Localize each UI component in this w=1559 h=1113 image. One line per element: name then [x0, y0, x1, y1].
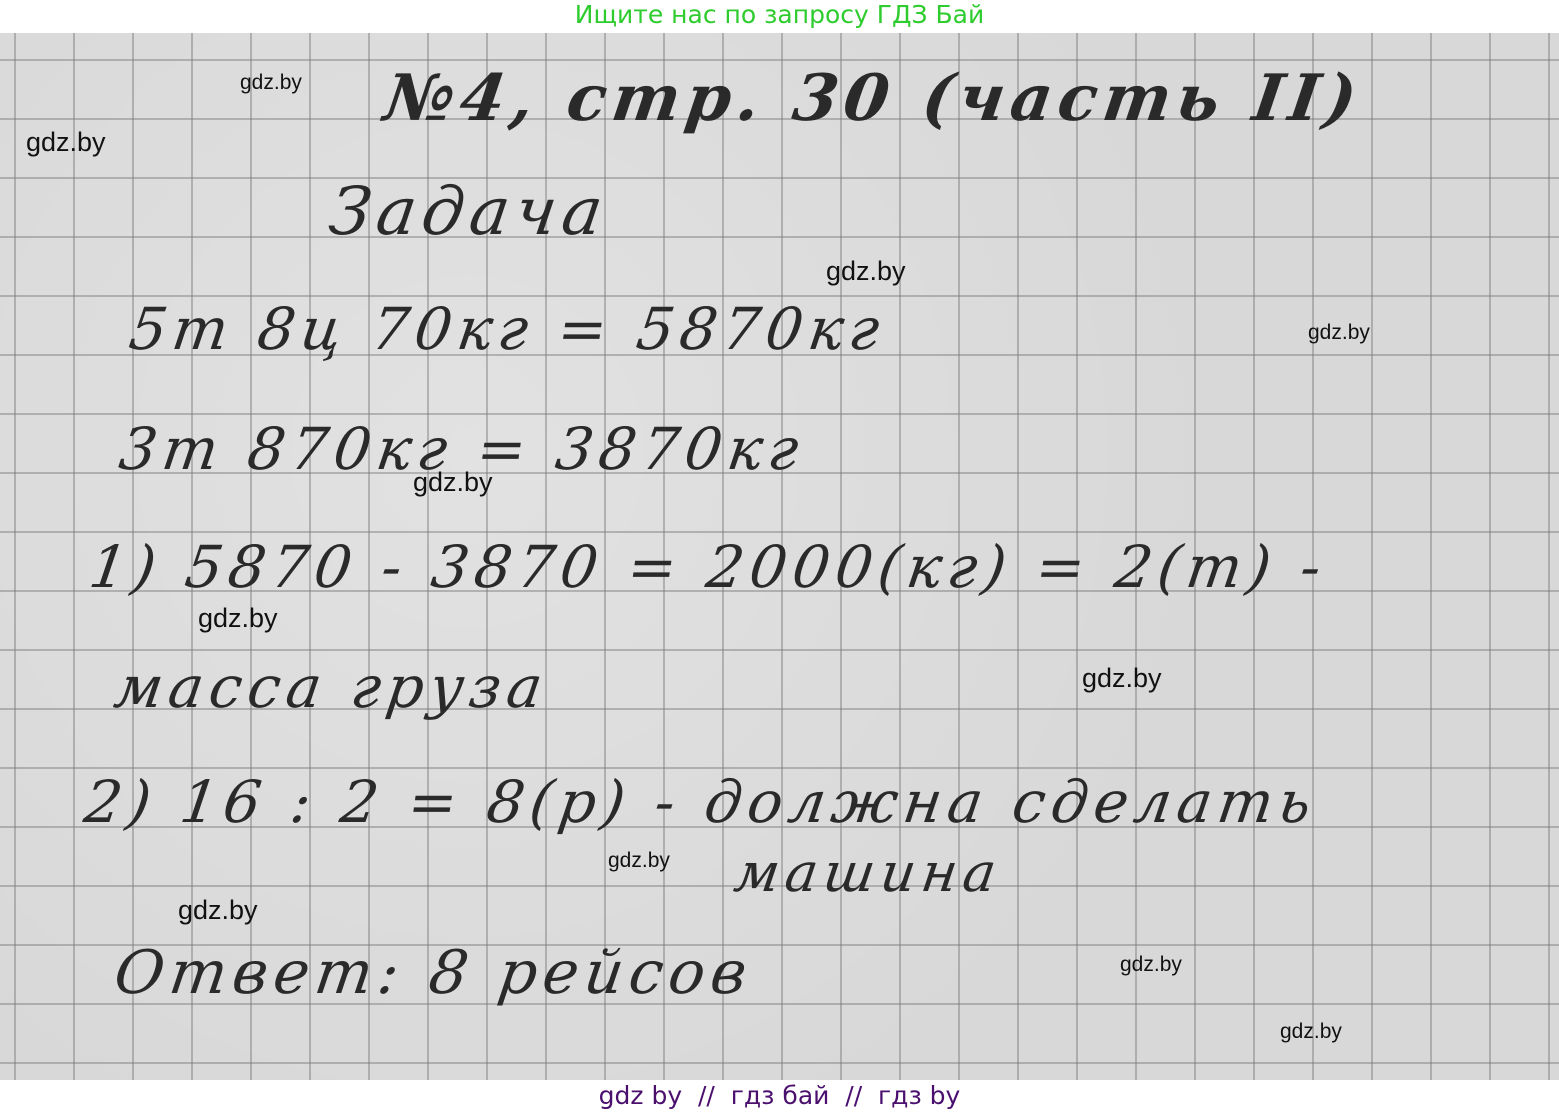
watermark: gdz.by	[198, 603, 278, 634]
solution-line-1: 5т 8ц 70кг = 5870кг	[125, 295, 889, 363]
notebook-page-photo: №4, стр. 30 (часть II) Задача 5т 8ц 70кг…	[0, 33, 1559, 1080]
watermark: gdz.by	[1120, 953, 1182, 977]
watermark: gdz.by	[178, 895, 258, 926]
watermark: gdz.by	[1308, 321, 1370, 345]
solution-line-5: 2) 16 : 2 = 8(р) - должна сделать	[80, 768, 1321, 836]
solution-line-6: машина	[731, 841, 1007, 904]
watermark: gdz.by	[26, 127, 106, 158]
watermark: gdz.by	[1280, 1020, 1342, 1044]
solution-line-3: 1) 5870 - 3870 = 2000(кг) = 2(т) -	[85, 533, 1331, 601]
watermark: gdz.by	[1082, 663, 1162, 694]
watermark: gdz.by	[240, 71, 302, 95]
task-heading: №4, стр. 30 (часть II)	[380, 61, 1367, 136]
task-subheading: Задача	[325, 173, 614, 250]
top-banner: Ищите нас по запросу ГДЗ Бай	[0, 0, 1559, 33]
solution-line-4: масса груза	[110, 653, 553, 721]
watermark: gdz.by	[413, 467, 493, 498]
answer-line: Ответ: 8 рейсов	[110, 938, 757, 1008]
bottom-banner: gdz by // гдз бай // гдз by	[0, 1080, 1559, 1113]
watermark: gdz.by	[826, 256, 906, 287]
watermark: gdz.by	[608, 849, 670, 873]
